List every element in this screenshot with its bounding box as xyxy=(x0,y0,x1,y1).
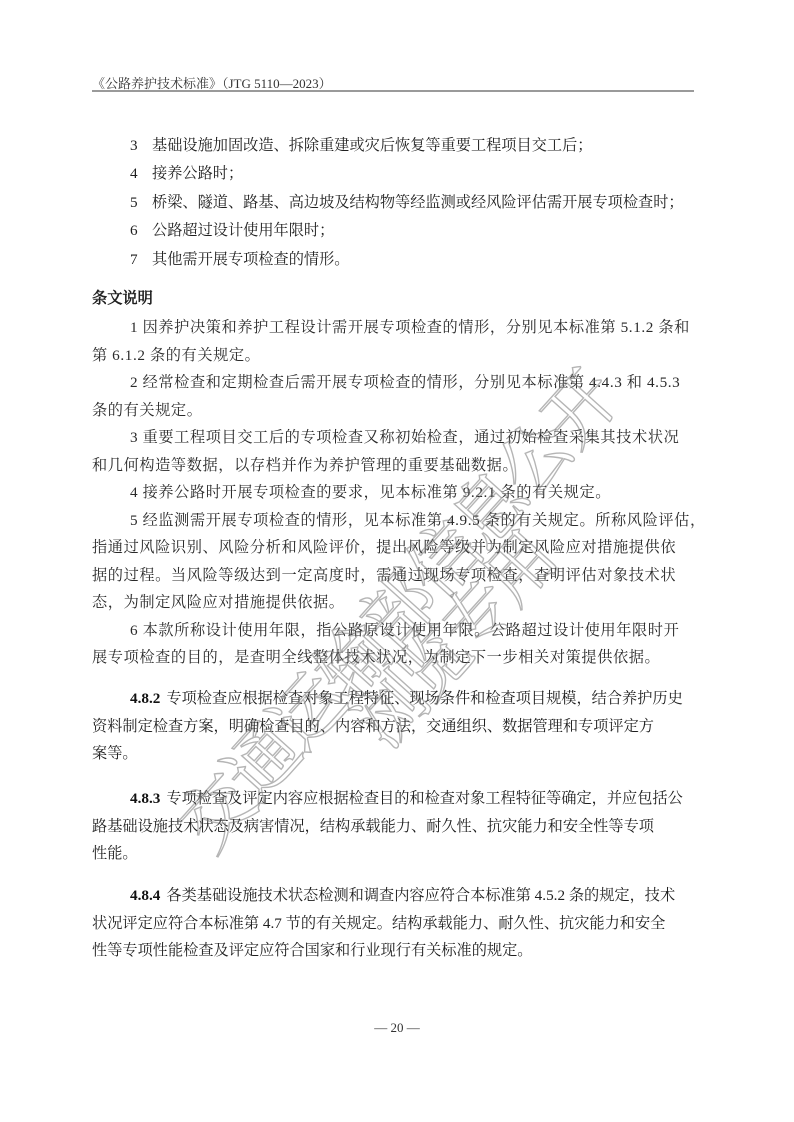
clause-4-8-3: 4.8.3专项检查及评定内容应根据检查目的和检查对象工程特征等确定，并应包括公 … xyxy=(92,785,694,868)
clause-line: 资料制定检查方案，明确检查目的、内容和方法，交通组织、数据管理和专项评定方 xyxy=(92,713,694,741)
list-item: 6公路超过设计使用年限时； xyxy=(92,217,694,245)
list-item-text: 接养公路时； xyxy=(152,165,243,182)
list-item: 5桥梁、隧道、路基、高边坡及结构物等经监测或经风险评估需开展专项检查时； xyxy=(92,189,694,217)
explanation-body: 1 因养护决策和养护工程设计需开展专项检查的情形，分别见本标准第 5.1.2 条… xyxy=(92,314,694,672)
list-item: 7其他需开展专项检查的情形。 xyxy=(92,246,694,274)
clause-line: 4.8.3专项检查及评定内容应根据检查目的和检查对象工程特征等确定，并应包括公 xyxy=(92,785,694,813)
clause-line: 性能。 xyxy=(92,840,694,868)
explanation-line: 展专项检查的目的，是查明全线整体技术状况，为制定下一步相关对策提供依据。 xyxy=(92,644,694,672)
list-item-number: 6 xyxy=(130,217,152,245)
list-item-text: 桥梁、隧道、路基、高边坡及结构物等经监测或经风险评估需开展专项检查时； xyxy=(152,194,684,211)
list-item-text: 基础设施加固改造、拆除重建或灾后恢复等重要工程项目交工后； xyxy=(152,137,592,154)
clause-text: 各类基础设施技术状态检测和调查内容应符合本标准第 4.5.2 条的规定，技术 xyxy=(166,887,675,904)
list-continuation: 3基础设施加固改造、拆除重建或灾后恢复等重要工程项目交工后； 4接养公路时； 5… xyxy=(92,132,694,274)
clause-line: 4.8.4各类基础设施技术状态检测和调查内容应符合本标准第 4.5.2 条的规定… xyxy=(92,882,694,910)
list-item-text: 其他需开展专项检查的情形。 xyxy=(152,251,349,268)
explanation-line: 态，为制定风险应对措施提供依据。 xyxy=(92,589,694,617)
explanation-line: 第 6.1.2 条的有关规定。 xyxy=(92,342,694,370)
list-item-number: 5 xyxy=(130,189,152,217)
explanation-heading: 条文说明 xyxy=(92,287,153,308)
clause-text: 专项检查及评定内容应根据检查目的和检查对象工程特征等确定，并应包括公 xyxy=(166,790,682,807)
clause-line: 状况评定应符合本标准第 4.7 节的有关规定。结构承载能力、耐久性、抗灾能力和安… xyxy=(92,910,694,938)
explanation-line: 和几何构造等数据，以存档并作为养护管理的重要基础数据。 xyxy=(92,452,694,480)
explanation-line: 据的过程。当风险等级达到一定高度时，需通过现场专项检查，查明评估对象技术状 xyxy=(92,562,694,590)
explanation-line: 条的有关规定。 xyxy=(92,397,694,425)
explanation-line: 3 重要工程项目交工后的专项检查又称初始检查，通过初始检查采集其技术状况 xyxy=(92,424,694,452)
explanation-line: 1 因养护决策和养护工程设计需开展专项检查的情形，分别见本标准第 5.1.2 条… xyxy=(92,314,694,342)
list-item-number: 4 xyxy=(130,160,152,188)
list-item: 3基础设施加固改造、拆除重建或灾后恢复等重要工程项目交工后； xyxy=(92,132,694,160)
list-item-text: 公路超过设计使用年限时； xyxy=(152,222,334,239)
clause-line: 路基础设施技术状态及病害情况，结构承载能力、耐久性、抗灾能力和安全性等专项 xyxy=(92,813,694,841)
explanation-line: 4 接养公路时开展专项检查的要求，见本标准第 9.2.1 条的有关规定。 xyxy=(92,479,694,507)
clause-number: 4.8.3 xyxy=(130,790,160,807)
clause-text: 专项检查应根据检查对象工程特征、现场条件和检查项目规模，结合养护历史 xyxy=(166,690,682,707)
explanation-line: 5 经监测需开展专项检查的情形，见本标准第 4.9.5 条的有关规定。所称风险评… xyxy=(92,507,694,535)
clause-line: 案等。 xyxy=(92,740,694,768)
page-number: — 20 — xyxy=(0,1020,794,1036)
clause-4-8-2: 4.8.2专项检查应根据检查对象工程特征、现场条件和检查项目规模，结合养护历史 … xyxy=(92,685,694,768)
clause-line: 4.8.2专项检查应根据检查对象工程特征、现场条件和检查项目规模，结合养护历史 xyxy=(92,685,694,713)
list-item-number: 3 xyxy=(130,132,152,160)
document-page: 《公路养护技术标准》（JTG 5110—2023） 3基础设施加固改造、拆除重建… xyxy=(0,0,794,1122)
clause-number: 4.8.2 xyxy=(130,690,160,707)
clause-4-8-4: 4.8.4各类基础设施技术状态检测和调查内容应符合本标准第 4.5.2 条的规定… xyxy=(92,882,694,965)
header-divider xyxy=(92,90,694,92)
explanation-line: 6 本款所称设计使用年限，指公路原设计使用年限。公路超过设计使用年限时开 xyxy=(92,617,694,645)
clause-line: 性等专项性能检查及评定应符合国家和行业现行有关标准的规定。 xyxy=(92,937,694,965)
explanation-line: 2 经常检查和定期检查后需开展专项检查的情形，分别见本标准第 4.4.3 和 4… xyxy=(92,369,694,397)
list-item-number: 7 xyxy=(130,246,152,274)
list-item: 4接养公路时； xyxy=(92,160,694,188)
explanation-line: 指通过风险识别、风险分析和风险评价，提出风险等级并为制定风险应对措施提供依 xyxy=(92,534,694,562)
clause-number: 4.8.4 xyxy=(130,887,160,904)
